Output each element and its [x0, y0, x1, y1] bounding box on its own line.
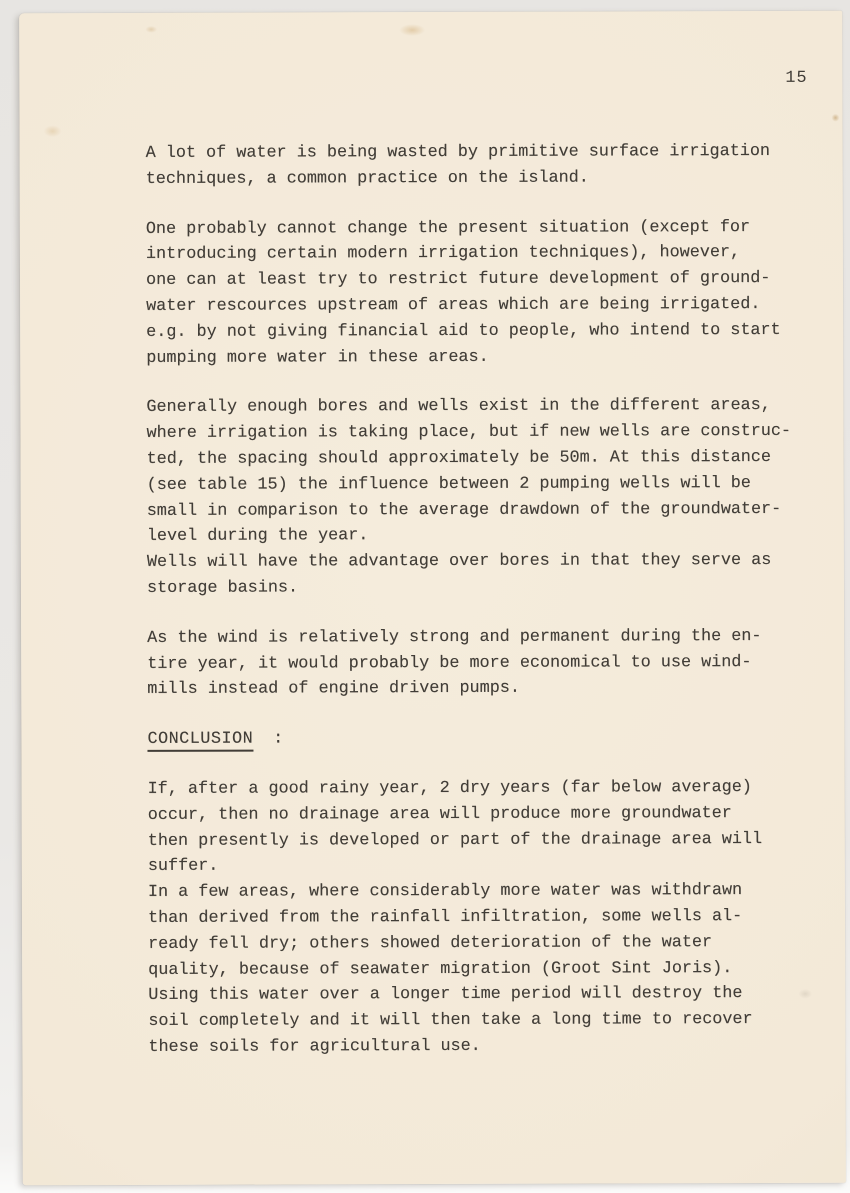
paper-stain — [399, 24, 425, 36]
scan-background: 15 A lot of water is being wasted by pri… — [0, 0, 850, 1193]
conclusion-heading-label: CONCLUSION — [147, 730, 253, 752]
paper-stain — [44, 125, 62, 137]
paragraph-irrigation-waste: A lot of water is being wasted by primit… — [146, 139, 806, 193]
conclusion-heading: CONCLUSION: — [147, 725, 807, 753]
conclusion-heading-colon: : — [273, 730, 284, 749]
document-page: 15 A lot of water is being wasted by pri… — [19, 11, 846, 1186]
paragraph-restrict-development: One probably cannot change the present s… — [146, 214, 806, 371]
paragraph-conclusion: If, after a good rainy year, 2 dry years… — [148, 775, 809, 1061]
paragraph-bores-and-wells: Generally enough bores and wells exist i… — [146, 393, 807, 601]
paragraph-windmills: As the wind is relatively strong and per… — [147, 624, 807, 703]
document-body: A lot of water is being wasted by primit… — [146, 139, 809, 1085]
paper-stain — [831, 114, 839, 122]
paper-stain — [145, 26, 157, 33]
page-number: 15 — [785, 69, 807, 88]
